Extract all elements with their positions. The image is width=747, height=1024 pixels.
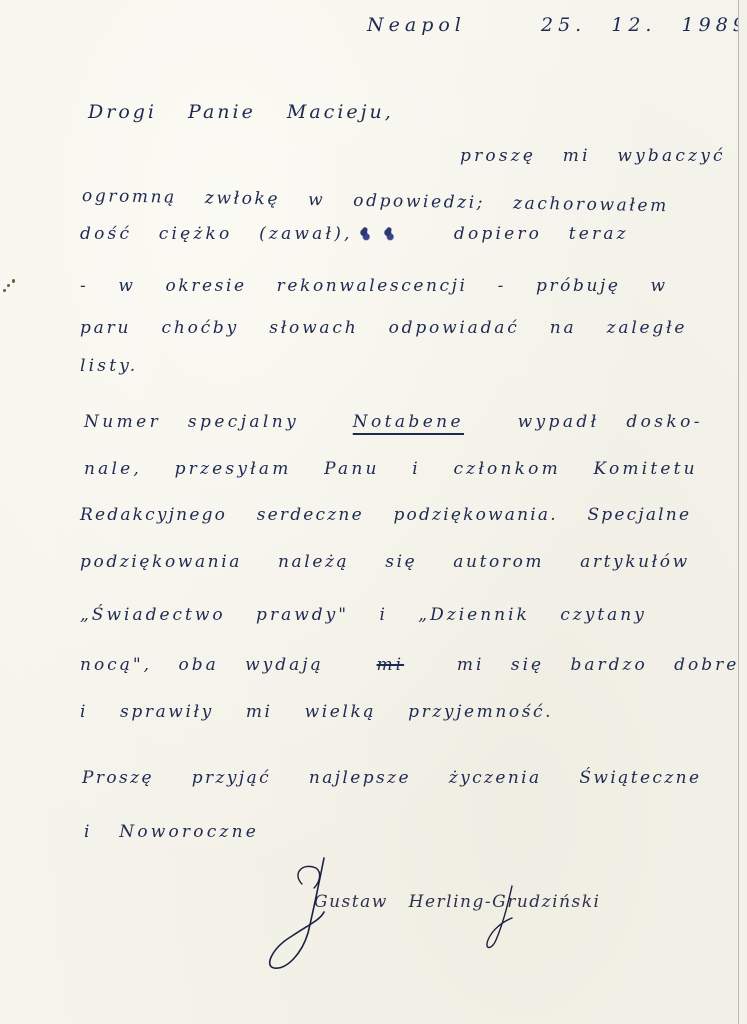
letter-line: Proszę przyjąć najlepsze życzenia Świąte…: [82, 768, 702, 788]
magazine-title-notabene: Notabene: [353, 412, 464, 432]
letter-line-with-blots: dość ciężko (zawał), dopiero teraz: [80, 224, 629, 244]
letter-line: podziękowania należą się autorom artykuł…: [80, 552, 690, 572]
letter-text: dość ciężko (zawał),: [80, 224, 353, 244]
struck-out-word: mi: [377, 655, 405, 675]
letter-line: ogromną zwłokę w odpowiedzi; zachorowałe…: [82, 186, 669, 216]
letter-line-with-strike: nocą", oba wydają mi mi się bardzo dobre: [80, 655, 739, 675]
letter-paper: Neapol 25. 12. 1989 Drogi Panie Macieju,…: [0, 0, 747, 1024]
letter-line: - w okresie rekonwalescencji - próbuję w: [80, 276, 668, 296]
paper-stain-specks: [0, 278, 20, 298]
letter-line: i Noworoczne: [84, 822, 259, 842]
letter-line: listy.: [80, 356, 138, 376]
letter-text: mi się bardzo dobre: [457, 655, 739, 675]
signature: Gustaw Herling-Grudziński: [262, 848, 642, 978]
letter-text: dopiero teraz: [454, 224, 629, 244]
letter-place-date: Neapol 25. 12. 1989: [367, 14, 747, 36]
letter-line-with-title: Numer specjalny Notabene wypadł dosko-: [84, 412, 703, 432]
letter-line: paru choćby słowach odpowiadać na zaległ…: [80, 318, 687, 338]
ink-blot: [359, 227, 371, 241]
letter-text: Numer specjalny: [84, 412, 299, 432]
letter-text: wypadł dosko-: [518, 412, 703, 432]
letter-line: Redakcyjnego serdeczne podziękowania. Sp…: [80, 505, 691, 525]
letter-line: „Świadectwo prawdy" i „Dziennik czytany: [80, 605, 647, 625]
letter-greeting: Drogi Panie Macieju,: [88, 101, 394, 123]
letter-line: nale, przesyłam Panu i członkom Komitetu: [84, 459, 698, 479]
scan-margin: [739, 0, 747, 1024]
ink-blot: [383, 227, 395, 241]
letter-line: proszę mi wybaczyć: [460, 146, 726, 166]
letter-date: 25. 12. 1989: [541, 14, 747, 36]
letter-line: i sprawiły mi wielką przyjemność.: [80, 702, 553, 722]
letter-place: Neapol: [367, 14, 466, 36]
signature-name: Gustaw Herling-Grudziński: [314, 892, 600, 912]
letter-text: nocą", oba wydają: [80, 655, 324, 675]
signature-flourish-icon: [262, 848, 642, 978]
